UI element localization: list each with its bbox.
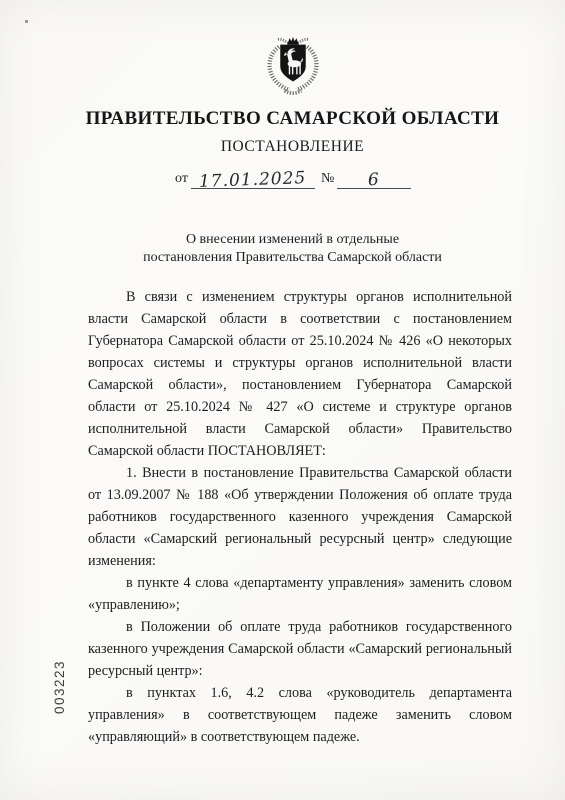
document-page: ПРАВИТЕЛЬСТВО САМАРСКОЙ ОБЛАСТИ ПОСТАНОВ… (0, 0, 565, 800)
paragraph-amendment-3: в пунктах 1.6, 4.2 слова «руководитель д… (88, 682, 512, 748)
paragraph-preamble: В связи с изменением структуры органов и… (88, 286, 512, 462)
paragraph-amendment-1: в пункте 4 слова «департаменту управлени… (88, 572, 512, 616)
registration-number: 003223 (52, 644, 67, 714)
document-subject: О внесении изменений в отдельные постано… (20, 231, 565, 266)
scan-artifact-dot (25, 20, 28, 23)
document-type: ПОСТАНОВЛЕНИЕ (20, 138, 565, 156)
date-number-line: от 17.01.2025 № 6 (175, 165, 411, 189)
date-field: 17.01.2025 (191, 165, 315, 189)
handwritten-date: 17.01.2025 (199, 168, 307, 192)
paragraph-item-1: 1. Внести в постановление Правительства … (88, 462, 512, 572)
samara-coat-of-arms-icon (20, 34, 565, 102)
paragraph-amendment-2: в Положении об оплате труда работников г… (88, 616, 512, 682)
handwritten-number: 6 (368, 170, 381, 190)
org-name: ПРАВИТЕЛЬСТВО САМАРСКОЙ ОБЛАСТИ (20, 108, 565, 130)
number-prefix-label: № (315, 171, 337, 189)
subject-line-1: О внесении изменений в отдельные (20, 231, 565, 249)
number-field: 6 (337, 165, 411, 189)
subject-line-2: постановления Правительства Самарской об… (20, 249, 565, 267)
document-body: В связи с изменением структуры органов и… (88, 286, 512, 748)
date-prefix-label: от (175, 171, 191, 189)
